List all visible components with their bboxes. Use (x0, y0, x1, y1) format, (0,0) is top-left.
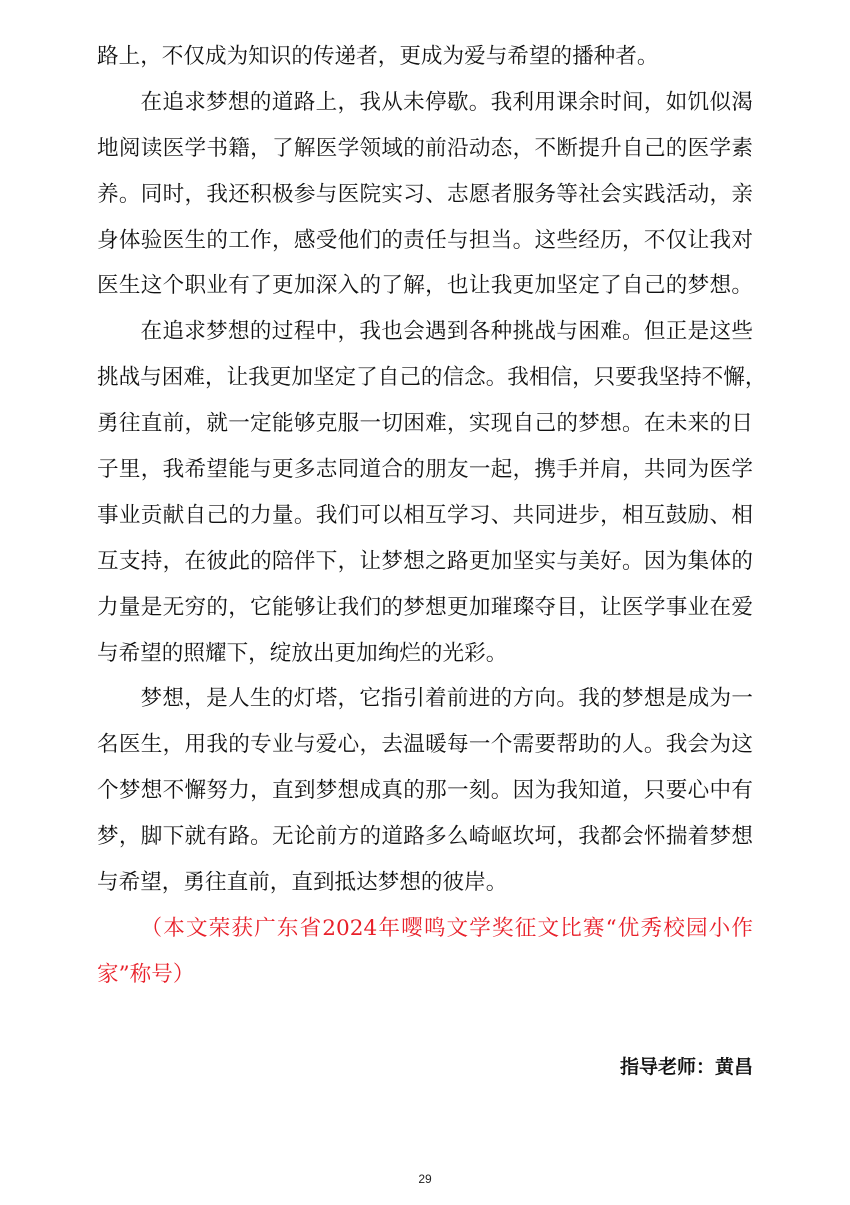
text-line: 挑战与困难，让我更加坚定了自己的信念。我相信，只要我坚持不懈， (97, 355, 753, 401)
text-line: 养。同时，我还积极参与医院实习、志愿者服务等社会实践活动，亲 (97, 172, 753, 218)
text-line: 互支持，在彼此的陪伴下，让梦想之路更加坚实与美好。因为集体的 (97, 539, 753, 585)
paragraph-dream-conclusion: 梦想，是人生的灯塔，它指引着前进的方向。我的梦想是成为一 名医生，用我的专业与爱… (97, 676, 753, 905)
text-line: 医生这个职业有了更加深入的了解，也让我更加坚定了自己的梦想。 (97, 263, 753, 309)
text-line: 梦想，是人生的灯塔，它指引着前进的方向。我的梦想是成为一 (97, 676, 753, 722)
text-line: 路上，不仅成为知识的传递者，更成为爱与希望的播种者。 (97, 34, 753, 80)
award-note-line: 家”称号） (97, 952, 753, 998)
text-line: 子里，我希望能与更多志同道合的朋友一起，携手并肩，共同为医学 (97, 447, 753, 493)
teacher-credit: 指导老师：黄昌 (620, 1052, 753, 1082)
paragraph-study-effort: 在追求梦想的道路上，我从未停歇。我利用课余时间，如饥似渴 地阅读医学书籍，了解医… (97, 80, 753, 309)
text-line: 事业贡献自己的力量。我们可以相互学习、共同进步，相互鼓励、相 (97, 493, 753, 539)
award-note-line: （本文荣获广东省2024年嘤鸣文学奖征文比赛“优秀校园小作 (97, 906, 753, 952)
paragraph-challenges: 在追求梦想的过程中，我也会遇到各种挑战与困难。但正是这些 挑战与困难，让我更加坚… (97, 309, 753, 676)
text-line: 与希望，勇往直前，直到抵达梦想的彼岸。 (97, 860, 753, 906)
document-page: 路上，不仅成为知识的传递者，更成为爱与希望的播种者。 在追求梦想的道路上，我从未… (0, 0, 850, 1205)
text-line: 与希望的照耀下，绽放出更加绚烂的光彩。 (97, 631, 753, 677)
text-line: 勇往直前，就一定能够克服一切困难，实现自己的梦想。在未来的日 (97, 401, 753, 447)
award-note: （本文荣获广东省2024年嘤鸣文学奖征文比赛“优秀校园小作 家”称号） (97, 906, 753, 998)
essay-body: 路上，不仅成为知识的传递者，更成为爱与希望的播种者。 在追求梦想的道路上，我从未… (97, 34, 753, 998)
text-line: 地阅读医学书籍，了解医学领域的前沿动态，不断提升自己的医学素 (97, 126, 753, 172)
text-line: 在追求梦想的过程中，我也会遇到各种挑战与困难。但正是这些 (97, 309, 753, 355)
text-line: 力量是无穷的，它能够让我们的梦想更加璀璨夺目，让医学事业在爱 (97, 585, 753, 631)
page-number: 29 (0, 1172, 850, 1186)
text-line: 身体验医生的工作，感受他们的责任与担当。这些经历，不仅让我对 (97, 218, 753, 264)
text-line: 个梦想不懈努力，直到梦想成真的那一刻。因为我知道，只要心中有 (97, 768, 753, 814)
paragraph-continuation: 路上，不仅成为知识的传递者，更成为爱与希望的播种者。 (97, 34, 753, 80)
text-line: 梦，脚下就有路。无论前方的道路多么崎岖坎坷，我都会怀揣着梦想 (97, 814, 753, 860)
text-line: 在追求梦想的道路上，我从未停歇。我利用课余时间，如饥似渴 (97, 80, 753, 126)
text-line: 名医生，用我的专业与爱心，去温暖每一个需要帮助的人。我会为这 (97, 722, 753, 768)
